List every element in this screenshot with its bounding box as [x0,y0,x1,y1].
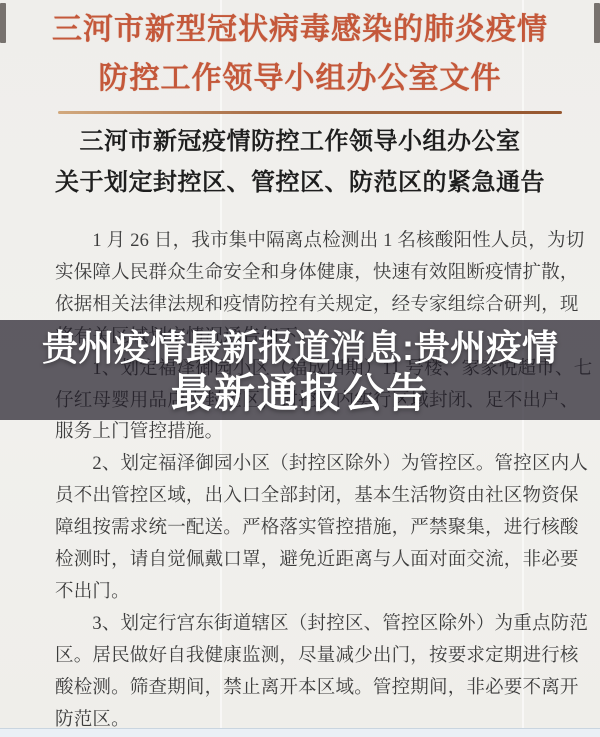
document-line: 区。居民做好自我健康监测，尽量减少出门，按要求定期进行核 [55,641,575,673]
bottom-strip [0,728,600,737]
document-line: 依据相关法律法规和疫情防控有关规定，经专家组综合研判，现 [55,290,575,322]
document-line: 酸检测。筛查期间，禁止离开本区域。管控期间，非必要不离开 [55,673,575,705]
document-line: 服务上门管控措施。 [55,417,575,449]
document-line: 2、划定福泽御园小区（封控区除外）为管控区。管控区内人 [55,449,575,481]
notice-title-line1: 三河市新冠疫情防控工作领导小组办公室 [0,122,600,163]
document-line: 3、划定行宫东街道辖区（封控区、管控区除外）为重点防范 [55,609,575,641]
document-line: 检测时，请自觉佩戴口罩，避免近距离与人面对面交流，非必要 [55,545,575,577]
letterhead: 三河市新型冠状病毒感染的肺炎疫情 防控工作领导小组办公室文件 [0,5,600,103]
red-divider-rule [58,111,562,114]
notice-title: 三河市新冠疫情防控工作领导小组办公室 关于划定封控区、管控区、防范区的紧急通告 [0,122,600,204]
document-line: 员不出管控区域，出入口全部封闭，基本生活物资由社区物资保 [55,481,575,513]
letterhead-title-line1: 三河市新型冠状病毒感染的肺炎疫情 [0,5,600,54]
headline-overlay: 贵州疫情最新报道消息:贵州疫情 最新通报公告 [0,320,600,420]
headline-line1: 贵州疫情最新报道消息:贵州疫情 [42,325,558,370]
document-photo: 三河市新型冠状病毒感染的肺炎疫情 防控工作领导小组办公室文件 三河市新冠疫情防控… [0,0,600,737]
notice-title-line2: 关于划定封控区、管控区、防范区的紧急通告 [0,163,600,204]
document-line: 不出门。 [55,577,575,609]
letterhead-title-line2: 防控工作领导小组办公室文件 [0,54,600,103]
document-body: 1 月 26 日，我市集中隔离点检测出 1 名核酸阳性人员，为切实保障人民群众生… [55,226,575,737]
headline-line2: 最新通报公告 [171,370,429,416]
document-line: 1 月 26 日，我市集中隔离点检测出 1 名核酸阳性人员，为切 [55,226,575,258]
document-line: 实保障人民群众生命安全和身体健康，快速有效阻断疫情扩散， [55,258,575,290]
document-line: 障组按需求统一配送。严格落实管控措施，严禁聚集，进行核酸 [55,513,575,545]
